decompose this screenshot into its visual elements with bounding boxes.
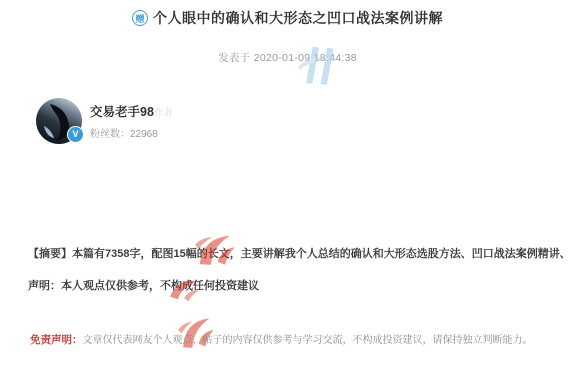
followers-label: 粉丝数： [90, 129, 130, 140]
article-header: 赠 个人眼中的确认和大形态之凹口战法案例讲解 [0, 8, 575, 28]
disclaimer-text: 文章仅代表网友个人观点，帖子的内容仅供参考与学习交流，不构成投资建议，请保持独立… [83, 335, 533, 346]
author-name[interactable]: 交易老手98 [90, 102, 154, 120]
abstract-section: 【摘要】本篇有7358字，配图15幅的长文，主要讲解我个人总结的确认和大形态选股… [28, 245, 571, 293]
blue-watermark-icon [288, 37, 349, 97]
followers-value: 22968 [130, 129, 158, 140]
disclaimer: 免责声明：文章仅代表网友个人观点，帖子的内容仅供参考与学习交流，不构成投资建议，… [30, 331, 571, 347]
disclaimer-label: 免责声明： [30, 334, 83, 346]
abstract-line-2: 声明：本人观点仅供参考，不构成任何投资建议 [28, 277, 571, 293]
verified-badge-icon: V [67, 126, 84, 143]
publish-date: 发表于 2020-01-09 18:44:38 [0, 50, 575, 65]
followers-count: 粉丝数：22968 [90, 125, 158, 140]
page-title: 个人眼中的确认和大形态之凹口战法案例讲解 [153, 8, 443, 28]
gift-badge-icon: 赠 [132, 10, 148, 26]
abstract-line-1: 【摘要】本篇有7358字，配图15幅的长文，主要讲解我个人总结的确认和大形态选股… [28, 245, 571, 261]
author-role-label: 作者 [154, 105, 173, 119]
article-page: { "header": { "badge_icon_char": "赠", "t… [0, 0, 575, 392]
